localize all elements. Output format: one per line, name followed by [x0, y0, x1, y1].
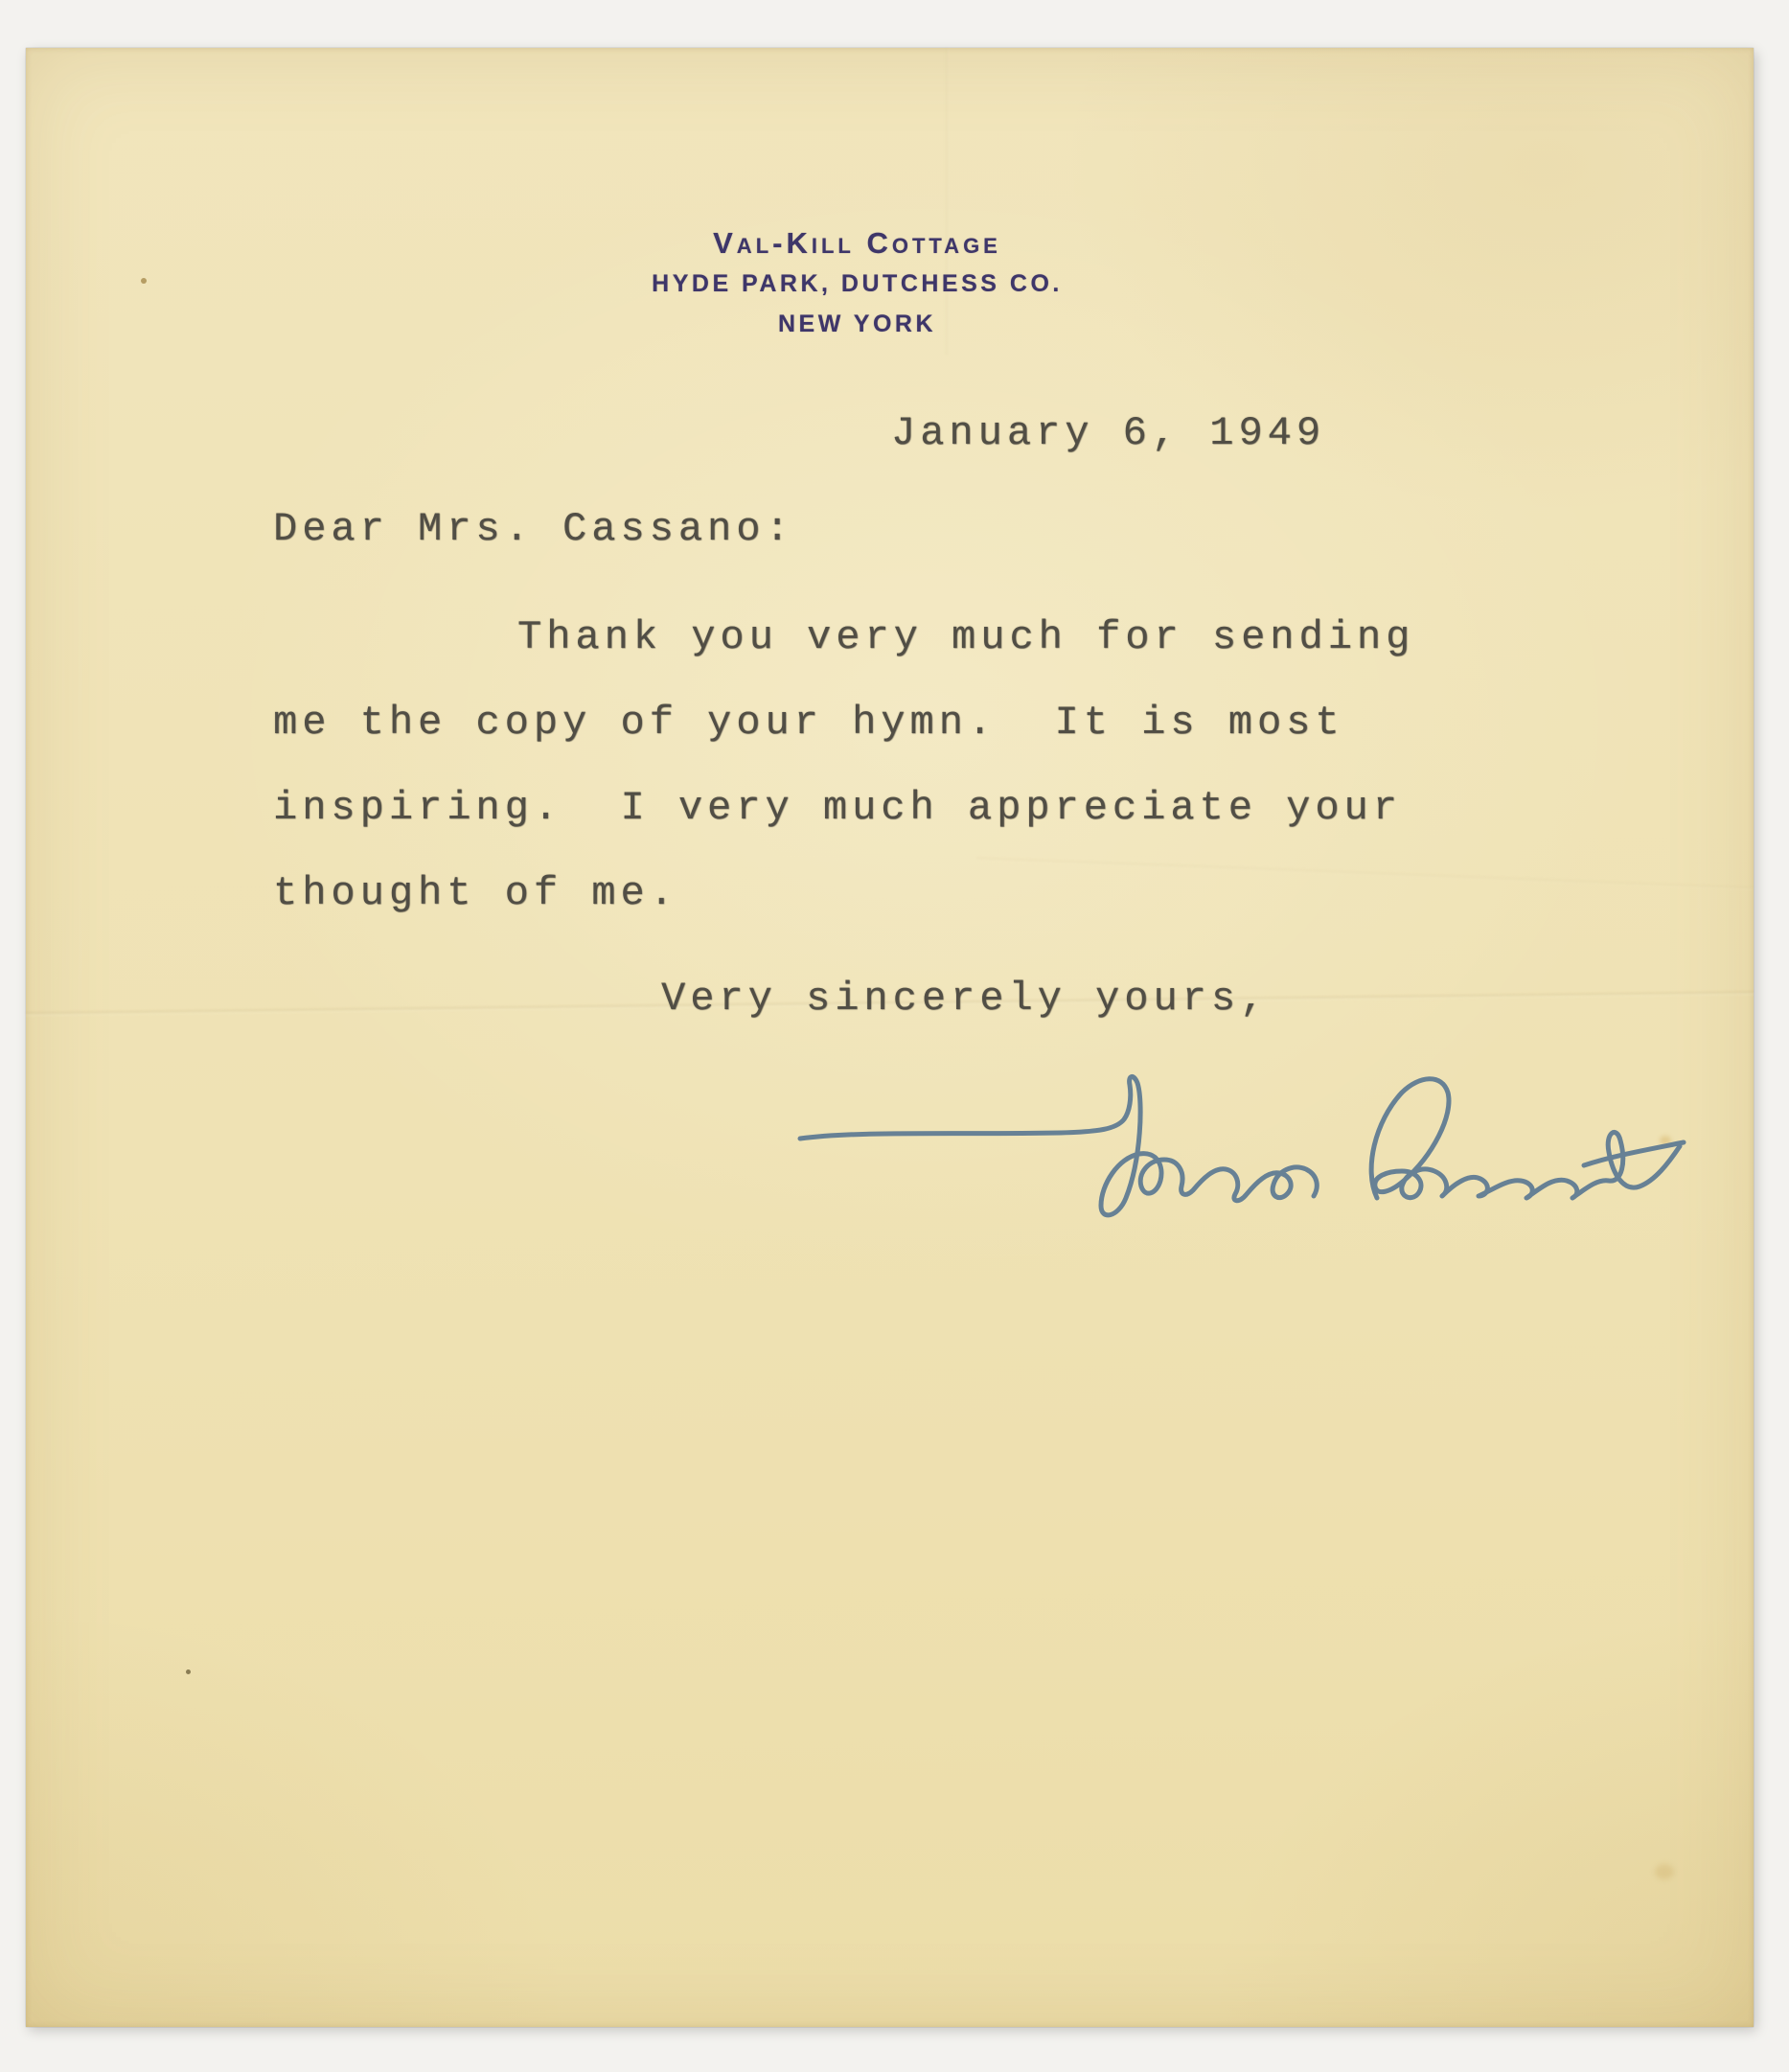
- letterhead-address-line: HYDE PARK, DUTCHESS CO.: [0, 264, 1721, 304]
- letterhead-state-line: NEW YORK: [0, 304, 1721, 344]
- letter-date: January 6, 1949: [891, 410, 1325, 456]
- salutation: Dear Mrs. Cassano:: [273, 506, 794, 552]
- letter-paper: Val-Kill Cottage HYDE PARK, DUTCHESS CO.…: [26, 48, 1754, 2027]
- body-line: thought of me.: [273, 871, 1414, 956]
- paper-speck: [186, 1669, 191, 1674]
- body-line: Thank you very much for sending: [273, 615, 1414, 701]
- closing: Very sincerely yours,: [661, 976, 1269, 1022]
- body-line: inspiring. I very much appreciate your: [273, 786, 1414, 871]
- scanned-letter-backdrop: Val-Kill Cottage HYDE PARK, DUTCHESS CO.…: [0, 0, 1789, 2072]
- letterhead: Val-Kill Cottage HYDE PARK, DUTCHESS CO.…: [0, 222, 1721, 344]
- letterhead-cottage-name: Val-Kill Cottage: [0, 222, 1721, 264]
- signature-eleanor-roosevelt: [783, 1045, 1703, 1246]
- letter-body: Thank you very much for sending me the c…: [273, 615, 1414, 956]
- paper-stain: [1655, 1864, 1674, 1879]
- body-line: me the copy of your hymn. It is most: [273, 701, 1414, 786]
